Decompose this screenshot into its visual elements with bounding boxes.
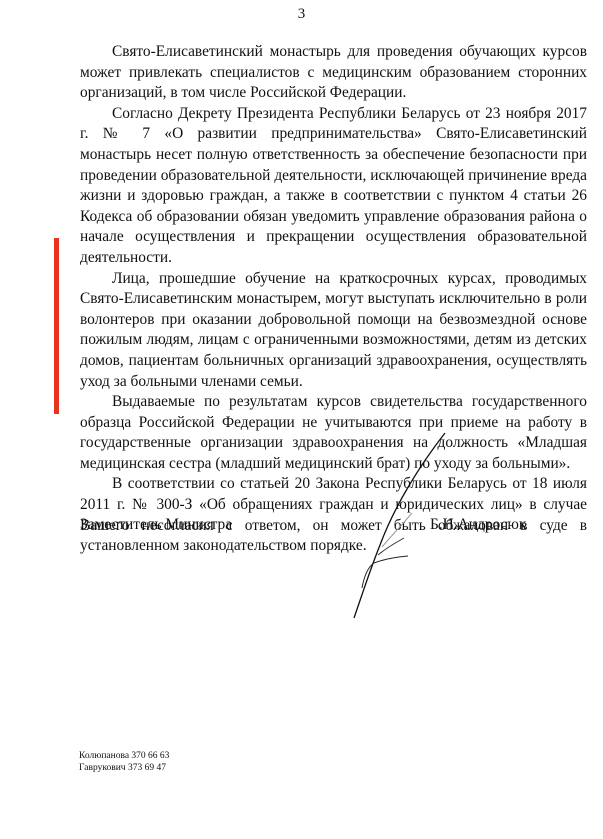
letter-body: Свято-Елисаветинский монастырь для прове… <box>80 42 587 557</box>
paragraph: Свято-Елисаветинский монастырь для прове… <box>80 42 587 104</box>
contacts-block: Колюпанова 370 66 63 Гаврукович 373 69 4… <box>79 751 169 774</box>
contact-line: Колюпанова 370 66 63 <box>79 751 169 763</box>
page-number: 3 <box>0 6 603 23</box>
paragraph: Согласно Декрету Президента Республики Б… <box>80 104 587 269</box>
paragraph: Лица, прошедшие обучение на краткосрочны… <box>80 269 587 393</box>
highlight-bar <box>54 238 59 414</box>
contact-line: Гаврукович 373 69 47 <box>79 763 169 775</box>
paragraph: Выдаваемые по результатам курсов свидете… <box>80 392 587 474</box>
signatory-position: Заместитель Министра <box>80 516 232 534</box>
handwritten-signature-icon <box>340 425 450 625</box>
